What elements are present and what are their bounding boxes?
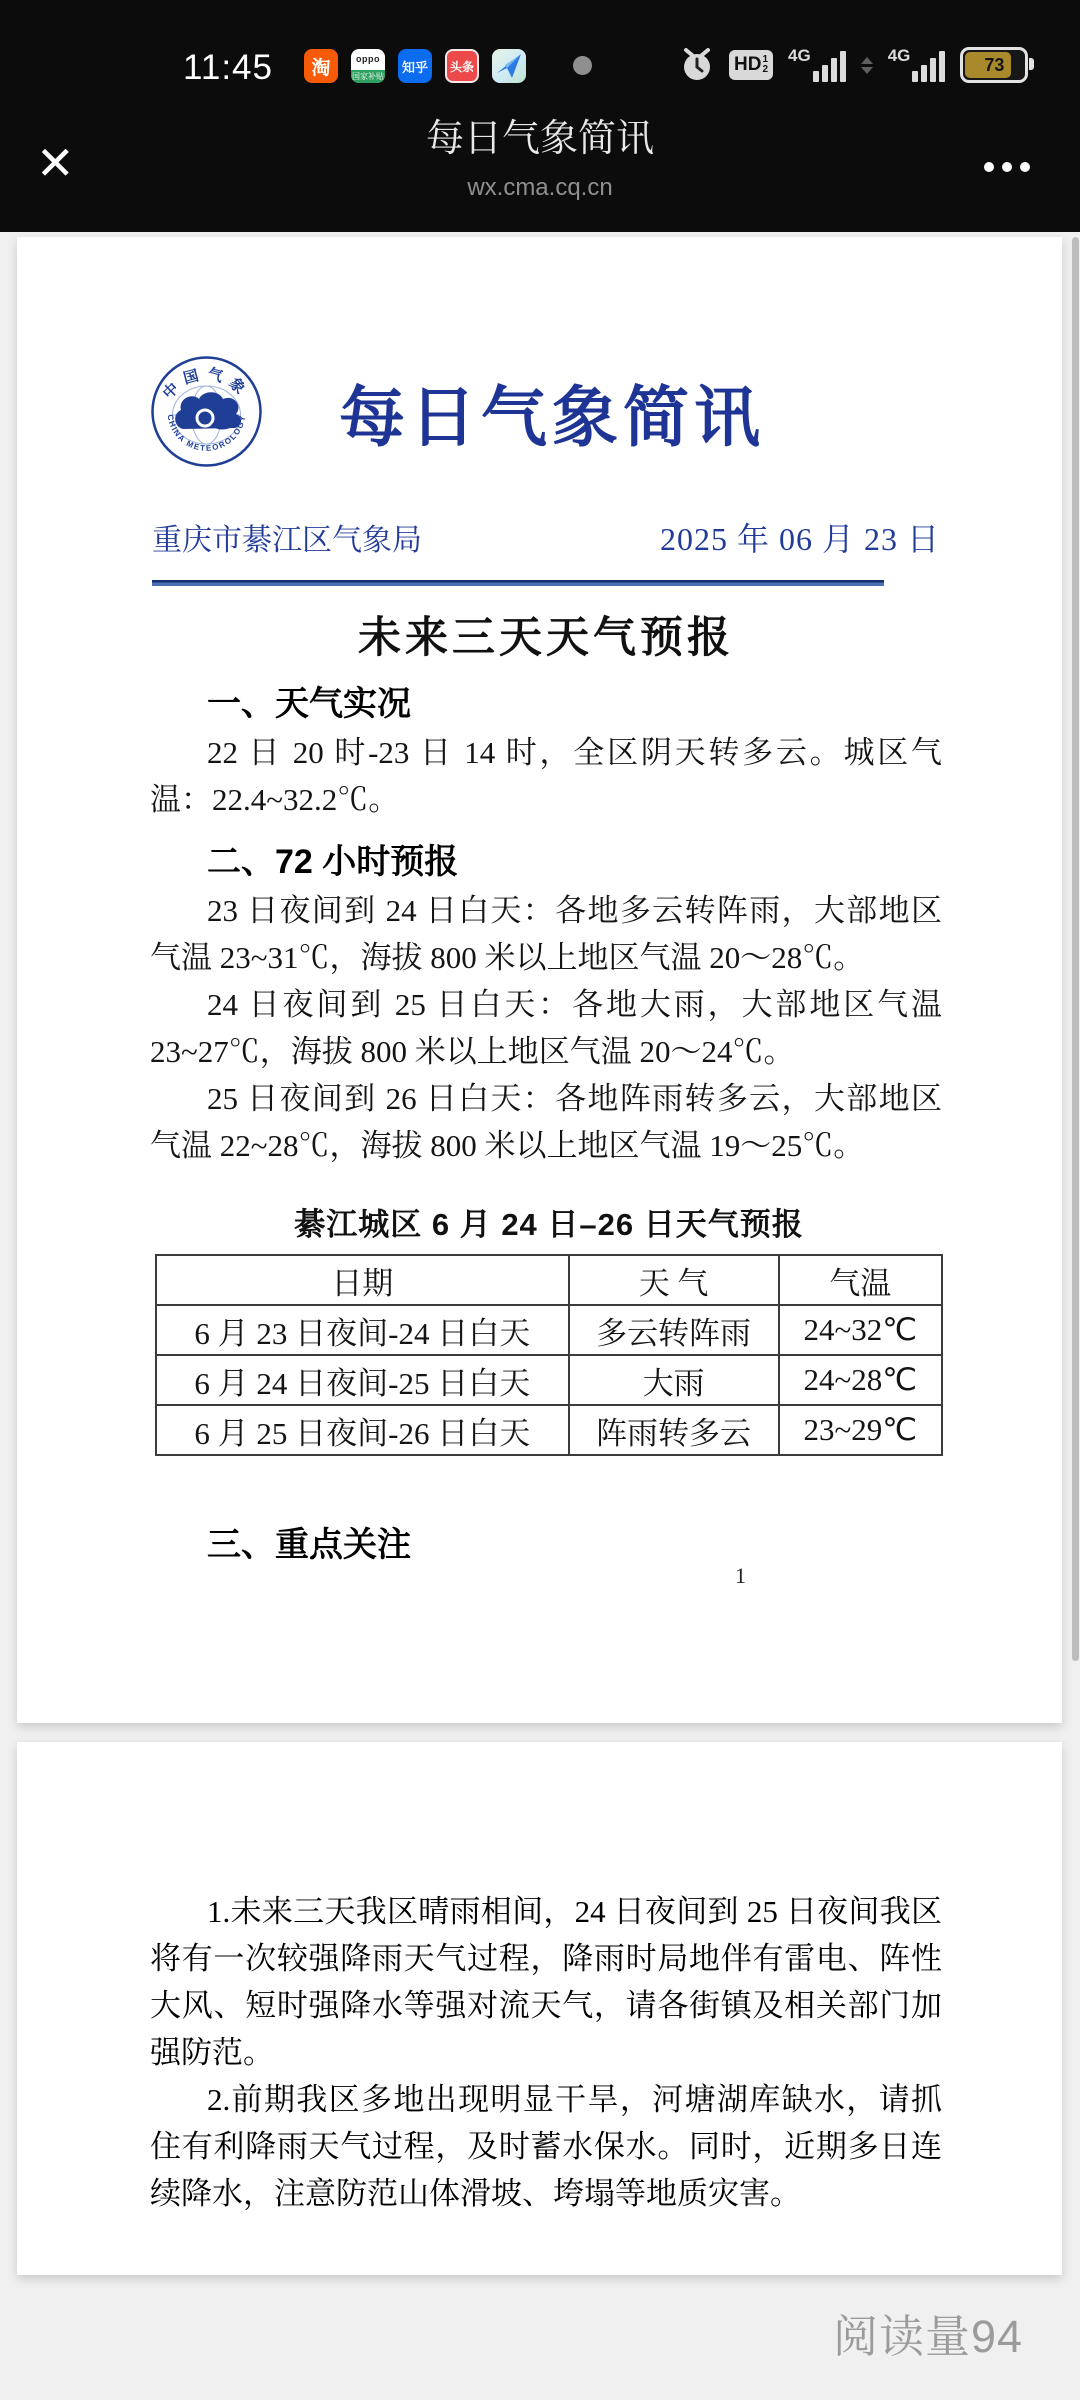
section2-paragraph-2: 24 日夜间到 25 日白天：各地大雨，大部地区气温 23~27℃，海拔 800… [150,981,942,1075]
more-menu-button[interactable] [984,162,1030,172]
top-bar: 11:45 淘 oppo 国家补贴 知乎 头条 [0,0,1080,232]
agency-name: 重庆市綦江区气象局 [152,515,422,559]
phone-screen: 11:45 淘 oppo 国家补贴 知乎 头条 [0,0,1080,2400]
data-activity-arrows-icon [861,57,873,74]
forecast-table-title: 綦江城区 6 月 24 日–26 日天气预报 [155,1199,943,1244]
volte-hd-icon: HD 1 2 [729,50,773,80]
section1-paragraph: 22 日 20 时-23 日 14 时，全区阴天转多云。城区气温：22.4~32… [150,729,942,823]
oppo-icon: oppo 国家补贴 [351,49,385,83]
document-page-2: 1.未来三天我区晴雨相间，24 日夜间到 25 日夜间我区将有一次较强降雨天气过… [17,1742,1062,2275]
paper-plane-glyph [492,49,526,83]
document-masthead: 中国气象 CHINA METEOROLOGY 每日气象简讯 [150,355,942,468]
document-headline: 未来三天天气预报 [152,604,940,665]
close-button[interactable]: ✕ [36,140,75,186]
section1-title: 一、天气实况 [150,679,942,729]
cma-logo-icon: 中国气象 CHINA METEOROLOGY [150,355,263,468]
amap-paper-plane-icon [492,49,526,83]
page-url: wx.cma.cq.cn [120,174,960,202]
focus-paragraph-1: 1.未来三天我区晴雨相间，24 日夜间到 25 日夜间我区将有一次较强降雨天气过… [150,1888,942,2076]
table-row: 6 月 23 日夜间-24 日白天 多云转阵雨 24~32℃ [156,1305,942,1355]
browser-header: ✕ 每日气象简讯 wx.cma.cq.cn [0,100,1080,232]
masthead-title: 每日气象简讯 [339,364,765,459]
table-row: 6 月 24 日夜间-25 日白天 大雨 24~28℃ [156,1355,942,1405]
page-number: 1 [735,1563,746,1589]
alarm-clock-icon [680,46,714,84]
section2-paragraph-1: 23 日夜间到 24 日白天：各地多云转阵雨，大部地区气温 23~31℃，海拔 … [150,887,942,981]
read-count: 阅读量94 [833,2300,1023,2365]
notification-app-icons: 淘 oppo 国家补贴 知乎 头条 [304,49,526,83]
clock-time: 11:45 [183,44,273,92]
toutiao-icon: 头条 [445,49,479,83]
forecast-table: 日期 天 气 气温 6 月 23 日夜间-24 日白天 多云转阵雨 24~32℃… [155,1254,943,1456]
status-bar: 11:45 淘 oppo 国家补贴 知乎 头条 [0,40,1080,96]
document-page-1: 中国气象 CHINA METEOROLOGY 每日气象简讯 重庆市綦江区气象局 … [17,237,1062,1723]
section3-title: 三、重点关注 [150,1520,942,1570]
header-cell-temp: 气温 [779,1255,943,1305]
focus-paragraph-2: 2.前期我区多地出现明显干旱，河塘湖库缺水，请抓住有利降雨天气过程，及时蓄水保水… [150,2076,942,2217]
header-cell-date: 日期 [156,1255,569,1305]
section2-paragraph-3: 25 日夜间到 26 日白天：各地阵雨转多云，大部地区气温 22~28℃，海拔 … [150,1075,942,1169]
web-content: 中国气象 CHINA METEOROLOGY 每日气象简讯 重庆市綦江区气象局 … [0,232,1080,2400]
letterhead-row: 重庆市綦江区气象局 2025 年 06 月 23 日 [152,514,940,560]
table-row: 6 月 25 日夜间-26 日白天 阵雨转多云 23~29℃ [156,1405,942,1455]
document-date: 2025 年 06 月 23 日 [660,514,940,560]
zhihu-icon: 知乎 [398,49,432,83]
status-right-icons: HD 1 2 4G 4G [680,46,1028,84]
signal-sim2-icon: 4G [888,48,946,82]
section2-title: 二、72 小时预报 [150,837,942,887]
signal-sim1-icon: 4G [788,48,846,82]
taobao-icon: 淘 [304,49,338,83]
header-cell-weather: 天 气 [569,1255,779,1305]
battery-icon: 73 [960,47,1028,83]
scrollbar-thumb[interactable] [1072,237,1079,1661]
forecast-table-block: 綦江城区 6 月 24 日–26 日天气预报 日期 天 气 气温 6 月 23 … [155,1199,943,1456]
table-header-row: 日期 天 气 气温 [156,1255,942,1305]
document-body: 一、天气实况 22 日 20 时-23 日 14 时，全区阴天转多云。城区气温：… [150,679,942,1169]
page-title: 每日气象简讯 [120,116,960,162]
oppo-badge: 国家补贴 [351,70,385,83]
letterhead-rule [152,580,884,586]
battery-percent: 73 [963,50,1025,80]
notification-dot-icon [573,56,592,75]
